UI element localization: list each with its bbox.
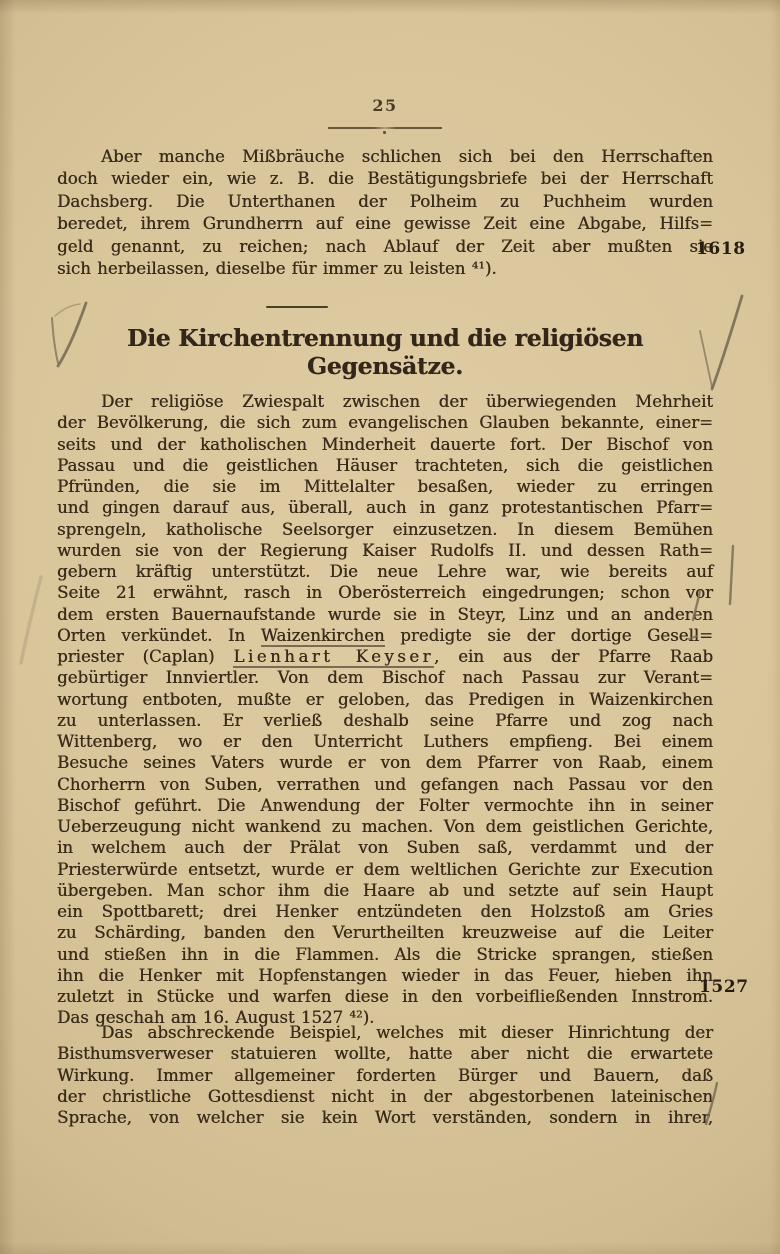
- text-line: übergeben. Man schor ihm die Haare ab un…: [57, 880, 713, 901]
- text-segment: Orten verkündet. In: [57, 626, 261, 645]
- page-number-rule-dot: [383, 131, 386, 134]
- text-line: sprengeln, katholische Seelsorger einzus…: [57, 519, 713, 540]
- text-line: geld genannt, zu reichen; nach Ablauf de…: [57, 236, 713, 258]
- text-segment: priester (Caplan): [57, 647, 233, 666]
- section-heading: Die Kirchentrennung und die religiösen G…: [57, 324, 713, 380]
- text-line: doch wieder ein, wie z. B. die Bestätigu…: [57, 168, 713, 190]
- text-line: sich herbeilassen, dieselbe für immer zu…: [57, 258, 713, 280]
- text-line: Dachsberg. Die Unterthanen der Polheim z…: [57, 191, 713, 213]
- margin-date-1618: 1618: [696, 239, 746, 259]
- paragraph-1: Aber manche Mißbräuche schlichen sich be…: [57, 146, 713, 280]
- paragraph-3: Das abschreckende Beispiel, welches mit …: [57, 1022, 713, 1128]
- text-line: und stießen ihn in die Flammen. Als die …: [57, 944, 713, 965]
- text-line-waizenkirchen: Orten verkündet. In Waizenkirchen predig…: [57, 625, 713, 646]
- text-line: Wirkung. Immer allgemeiner forderten Bür…: [57, 1065, 713, 1086]
- text-line: Priesterwürde entsetzt, wurde er dem wel…: [57, 859, 713, 880]
- text-line: zuletzt in Stücke und warfen diese in de…: [57, 986, 713, 1007]
- text-line: wurden sie von der Regierung Kaiser Rudo…: [57, 540, 713, 561]
- text-line: Chorherrn von Suben, verrathen und gefan…: [57, 774, 713, 795]
- text-line: beredet, ihrem Grundherrn auf eine gewis…: [57, 213, 713, 235]
- text-line-lienhart-keyser: priester (Caplan) Lienhart Keyser, ein a…: [57, 646, 713, 667]
- text-line: Sprache, von welcher sie kein Wort verst…: [57, 1107, 713, 1128]
- text-line: in welchem auch der Prälat von Suben saß…: [57, 837, 713, 858]
- text-line: seits und der katholischen Minderheit da…: [57, 434, 713, 455]
- paragraph-2: Der religiöse Zwiespalt zwischen der übe…: [57, 391, 713, 1029]
- text-line: und gingen darauf aus, überall, auch in …: [57, 497, 713, 518]
- pencil-left-margin-slash-icon: [21, 577, 41, 663]
- text-line: zu Schärding, banden den Verurtheilten k…: [57, 922, 713, 943]
- text-line: Aber manche Mißbräuche schlichen sich be…: [57, 146, 713, 168]
- text-line: der christliche Gottesdienst nicht in de…: [57, 1086, 713, 1107]
- text-line: der Bevölkerung, die sich zum evangelisc…: [57, 412, 713, 433]
- pencil-underlined-word: Waizenkirchen: [261, 626, 385, 647]
- text-line: Bisthumsverweser statuieren wollte, hatt…: [57, 1043, 713, 1064]
- text-line: Ueberzeugung nicht wankend zu machen. Vo…: [57, 816, 713, 837]
- text-line: wortung entboten, mußte er geloben, das …: [57, 689, 713, 710]
- text-line: Passau und die geistlichen Häuser tracht…: [57, 455, 713, 476]
- page-number-rule: [328, 127, 442, 129]
- text-segment: predigte sie der dortige Gesell=: [385, 626, 713, 645]
- text-line: Der religiöse Zwiespalt zwischen der übe…: [57, 391, 713, 412]
- text-line: ihn die Henker mit Hopfenstangen wieder …: [57, 965, 713, 986]
- text-line: Seite 21 erwähnt, rasch in Oberösterreic…: [57, 582, 713, 603]
- text-segment: , ein aus der Pfarre Raab: [434, 647, 713, 666]
- text-line: ein Spottbarett; drei Henker entzündeten…: [57, 901, 713, 922]
- text-line: gebürtiger Innviertler. Von dem Bischof …: [57, 667, 713, 688]
- text-line: zu unterlassen. Er verließ deshalb seine…: [57, 710, 713, 731]
- section-separator-rule: [266, 306, 328, 308]
- text-line: gebern kräftig unterstützt. Die neue Leh…: [57, 561, 713, 582]
- book-page-scan: 25 Aber manche Mißbräuche schlichen sich…: [0, 0, 780, 1254]
- text-line: Besuche seines Vaters wurde er von dem P…: [57, 752, 713, 773]
- pencil-check-left-icon: [55, 304, 80, 316]
- page-number: 25: [57, 96, 713, 115]
- pencil-right-margin-stroke-icon: [730, 546, 733, 604]
- margin-date-1527: 1527: [699, 977, 749, 997]
- pencil-underlined-name: Lienhart Keyser: [233, 647, 434, 668]
- text-line: Wittenberg, wo er den Unterricht Luthers…: [57, 731, 713, 752]
- pencil-check-right-icon: [712, 296, 742, 389]
- text-line: Bischof geführt. Die Anwendung der Folte…: [57, 795, 713, 816]
- text-line: dem ersten Bauernaufstande wurde sie in …: [57, 604, 713, 625]
- text-line: Pfründen, die sie im Mittelalter besaßen…: [57, 476, 713, 497]
- text-line: Das abschreckende Beispiel, welches mit …: [57, 1022, 713, 1043]
